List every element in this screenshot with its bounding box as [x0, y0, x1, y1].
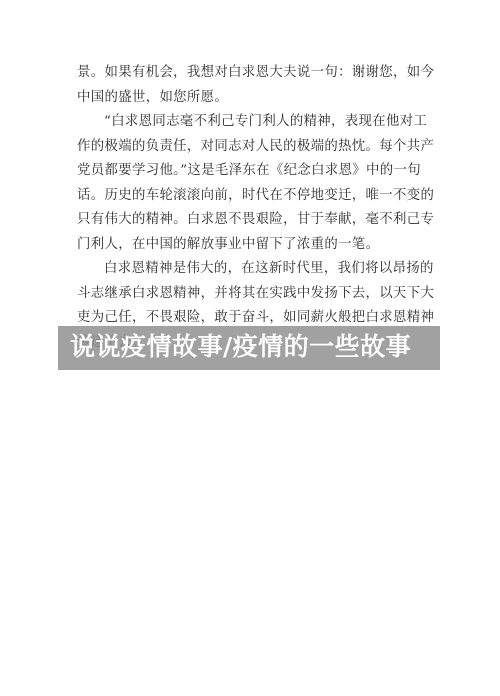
document-page: 景。如果有机会，我想对白求恩大夫说一句：谢谢您，如今 中国的盛世，如您所愿。 “…: [0, 0, 500, 696]
text-line-5: 党员都要学习他。”这是毛泽东在《纪念白求恩》中的一句: [77, 159, 427, 184]
text-line-3-paragraph-start: “白求恩同志毫不利己专门利人的精神，表现在他对工: [77, 110, 427, 135]
text-line-8: 门利人，在中国的解放事业中留下了浓重的一笔。: [77, 233, 427, 258]
text-line-1: 景。如果有机会，我想对白求恩大夫说一句：谢谢您，如今: [77, 61, 427, 86]
text-line-7: 只有伟大的精神。白求恩不畏艰险，甘于奉献，毫不利己专: [77, 208, 427, 233]
text-line-4: 作的极端的负责任，对同志对人民的极端的热忱。每个共产: [77, 135, 427, 160]
title-overlay-banner: 说说疫情故事/疫情的一些故事: [58, 326, 440, 370]
text-line-6: 话。历史的车轮滚滚向前，时代在不停地变迁，唯一不变的: [77, 184, 427, 209]
banner-title: 说说疫情故事/疫情的一些故事: [70, 330, 411, 364]
text-line-9-paragraph-start: 白求恩精神是伟大的，在这新时代里，我们将以昂扬的: [77, 257, 427, 282]
text-line-10: 斗志继承白求恩精神，并将其在实践中发扬下去，以天下大: [77, 282, 427, 307]
text-line-2: 中国的盛世，如您所愿。: [77, 86, 427, 111]
document-body: 景。如果有机会，我想对白求恩大夫说一句：谢谢您，如今 中国的盛世，如您所愿。 “…: [77, 61, 427, 355]
